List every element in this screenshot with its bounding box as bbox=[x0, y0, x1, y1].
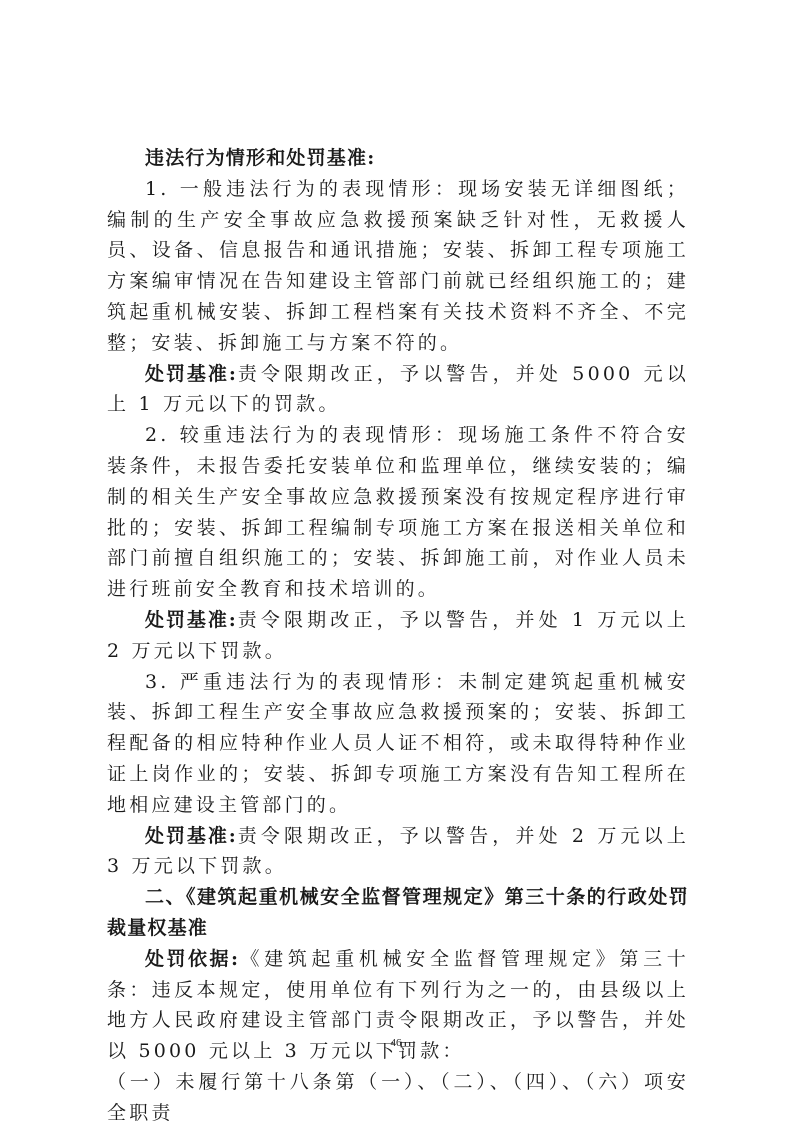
penalty-label: 处罚基准: bbox=[145, 609, 237, 631]
violation-item-3: 3. 严重违法行为的表现情形：未制定建筑起重机械安装、拆卸工程生产安全事故应急救… bbox=[107, 667, 689, 821]
violation-item-1: 1. 一般违法行为的表现情形：现场安装无详细图纸；编制的生产安全事故应急救援预案… bbox=[107, 174, 689, 359]
penalty-label: 处罚基准: bbox=[145, 825, 237, 847]
clause-one: （一）未履行第十八条第（一）、（二）、（四）、（六）项安全职责 bbox=[107, 1067, 689, 1121]
penalty-standard-1: 处罚基准:责令限期改正，予以警告，并处 5000 元以上 1 万元以下的罚款。 bbox=[107, 359, 689, 421]
basis-label: 处罚依据: bbox=[145, 948, 239, 970]
section-heading: 违法行为情形和处罚基准: bbox=[107, 143, 689, 174]
penalty-standard-3: 处罚基准:责令限期改正，予以警告，并处 2 万元以上 3 万元以下罚款。 bbox=[107, 821, 689, 883]
page-content: 违法行为情形和处罚基准: 1. 一般违法行为的表现情形：现场安装无详细图纸；编制… bbox=[107, 143, 689, 1121]
penalty-label: 处罚基准: bbox=[145, 363, 237, 385]
violation-item-2: 2. 较重违法行为的表现情形：现场施工条件不符合安装条件，未报告委托安装单位和监… bbox=[107, 420, 689, 605]
section-two-title: 二、《建筑起重机械安全监督管理规定》第三十条的行政处罚裁量权基准 bbox=[107, 882, 689, 944]
document-page: 违法行为情形和处罚基准: 1. 一般违法行为的表现情形：现场安装无详细图纸；编制… bbox=[0, 0, 792, 1121]
penalty-standard-2: 处罚基准:责令限期改正，予以警告，并处 1 万元以上 2 万元以下罚款。 bbox=[107, 605, 689, 667]
page-number: 46 bbox=[0, 1037, 792, 1049]
